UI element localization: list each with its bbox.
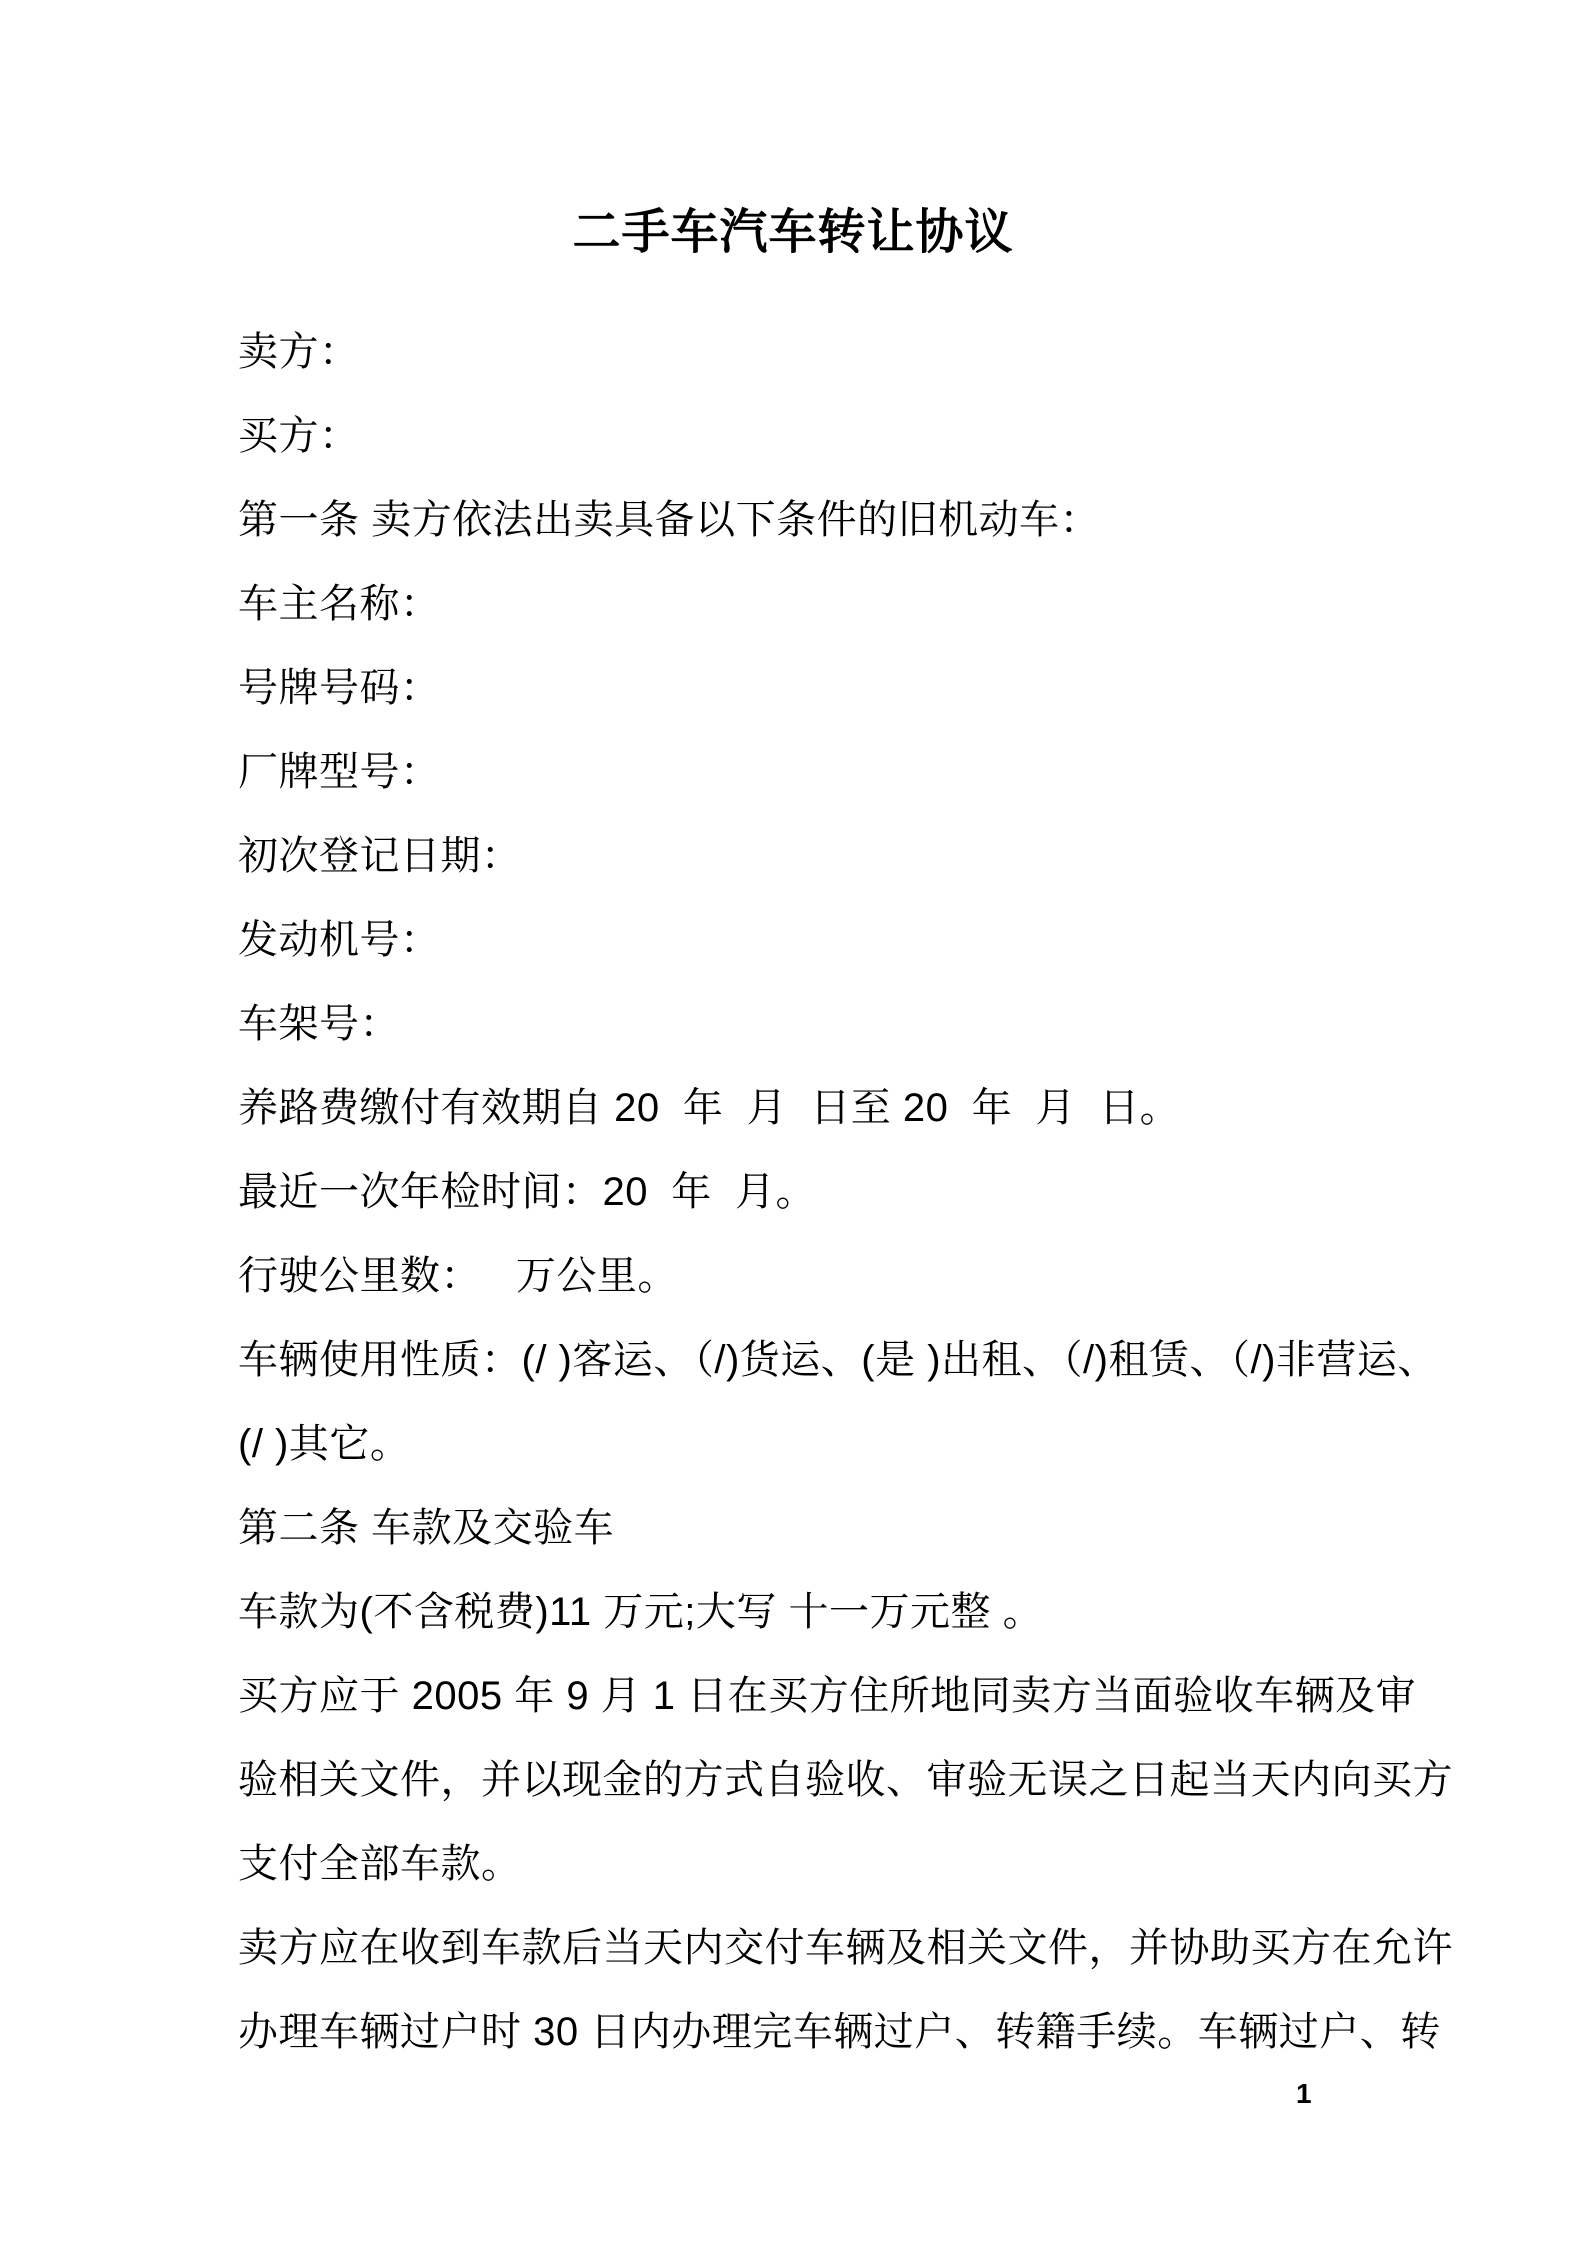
document-page: 二手车汽车转让协议 卖方： 买方： 第一条 卖方依法出卖具备以下条件的旧机动车：… [0, 0, 1586, 2244]
line-seller-obligation-2: 办理车辆过户时 30 日内办理完车辆过户、转籍手续。车辆过户、转 [238, 1990, 1468, 2074]
line-buyer-label: 买方： [238, 394, 1468, 478]
line-last-inspection-time: 最近一次年检时间：20 年 月。 [238, 1150, 1468, 1234]
line-road-fee-validity: 养路费缴付有效期自 20 年 月 日至 20 年 月 日。 [238, 1066, 1468, 1150]
line-mileage: 行驶公里数： 万公里。 [238, 1234, 1468, 1318]
line-seller-obligation-1: 卖方应在收到车款后当天内交付车辆及相关文件，并协助买方在允许 [238, 1906, 1468, 1990]
line-article-2-heading: 第二条 车款及交验车 [238, 1486, 1468, 1570]
line-article-1-heading: 第一条 卖方依法出卖具备以下条件的旧机动车： [238, 478, 1468, 562]
line-frame-number: 车架号： [238, 982, 1468, 1066]
line-buyer-obligation-2: 验相关文件，并以现金的方式自验收、审验无误之日起当天内向买方 [238, 1738, 1468, 1822]
line-price: 车款为(不含税费)11 万元;大写 十一万元整 。 [238, 1570, 1468, 1654]
document-body: 卖方： 买方： 第一条 卖方依法出卖具备以下条件的旧机动车： 车主名称： 号牌号… [238, 310, 1468, 2074]
line-owner-name: 车主名称： [238, 562, 1468, 646]
line-buyer-obligation-3: 支付全部车款。 [238, 1822, 1468, 1906]
line-usage-nature: 车辆使用性质：(/ )客运、（/)货运、(是 )出租、（/)租赁、（/)非营运、 [238, 1318, 1468, 1402]
line-seller-label: 卖方： [238, 310, 1468, 394]
line-engine-number: 发动机号： [238, 898, 1468, 982]
line-first-registration-date: 初次登记日期： [238, 814, 1468, 898]
line-usage-nature-other: (/ )其它。 [238, 1402, 1468, 1486]
page-number: 1 [1296, 2076, 1312, 2112]
line-buyer-obligation-1: 买方应于 2005 年 9 月 1 日在买方住所地同卖方当面验收车辆及审 [238, 1654, 1468, 1738]
document-title: 二手车汽车转让协议 [0, 206, 1586, 260]
line-plate-number: 号牌号码： [238, 646, 1468, 730]
line-brand-model: 厂牌型号： [238, 730, 1468, 814]
